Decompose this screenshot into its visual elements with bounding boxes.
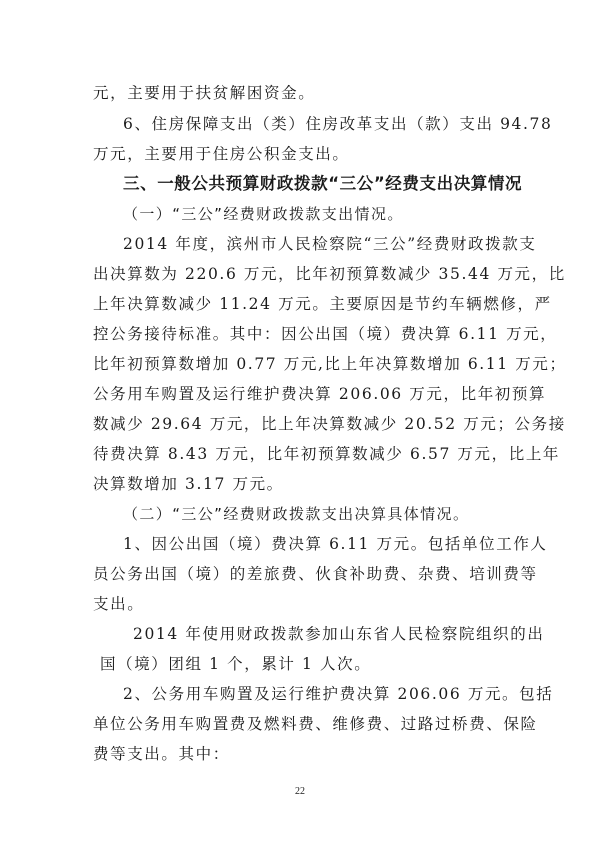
paragraph-line: 1、因公出国（境）费决算 6.11 万元。包括单位工作人	[123, 534, 509, 554]
paragraph-line: 控公务接待标准。其中：因公出国（境）费决算 6.11 万元，	[93, 324, 509, 344]
page-number: 22	[0, 786, 600, 797]
paragraph-line: 比年初预算数增加 0.77 万元,比上年决算数增加 6.11 万元；	[93, 354, 509, 374]
paragraph-line: 6、住房保障支出（类）住房改革支出（款）支出 94.78	[123, 114, 509, 134]
subsection-heading: （一）“三公”经费财政拨款支出情况。	[123, 204, 509, 224]
paragraph-line: 出决算数为 220.6 万元，比年初预算数减少 35.44 万元，比	[93, 264, 509, 284]
paragraph-line: 单位公务用车购置费及燃料费、维修费、过路过桥费、保险	[93, 714, 509, 734]
paragraph-line: 上年决算数减少 11.24 万元。主要原因是节约车辆燃修，严	[93, 294, 509, 314]
paragraph-line: 2014 年度，滨州市人民检察院“三公”经费财政拨款支	[123, 234, 509, 254]
document-page: 元，主要用于扶贫解困资金。 6、住房保障支出（类）住房改革支出（款）支出 94.…	[0, 0, 600, 848]
paragraph-line: 支出。	[93, 594, 509, 614]
paragraph-line: 2、公务用车购置及运行维护费决算 206.06 万元。包括	[123, 684, 509, 704]
paragraph-line: 元，主要用于扶贫解困资金。	[93, 83, 509, 103]
paragraph-line: 待费决算 8.43 万元，比年初预算数减少 6.57 万元，比上年	[93, 444, 509, 464]
paragraph-line: 国（境）团组 1 个，累计 1 人次。	[100, 654, 516, 674]
subsection-heading: （二）“三公”经费财政拨款支出决算具体情况。	[123, 504, 509, 524]
paragraph-line: 员公务出国（境）的差旅费、伙食补助费、杂费、培训费等	[93, 564, 509, 584]
paragraph-line: 公务用车购置及运行维护费决算 206.06 万元，比年初预算	[93, 384, 509, 404]
section-heading: 三、一般公共预算财政拨款“三公”经费支出决算情况	[123, 174, 539, 194]
paragraph-line: 决算数增加 3.17 万元。	[93, 474, 509, 494]
paragraph-line: 数减少 29.64 万元，比上年决算数减少 20.52 万元；公务接	[93, 414, 509, 434]
paragraph-line: 2014 年使用财政拨款参加山东省人民检察院组织的出	[133, 624, 509, 644]
paragraph-line: 费等支出。其中：	[93, 744, 509, 764]
paragraph-line: 万元，主要用于住房公积金支出。	[93, 144, 509, 164]
